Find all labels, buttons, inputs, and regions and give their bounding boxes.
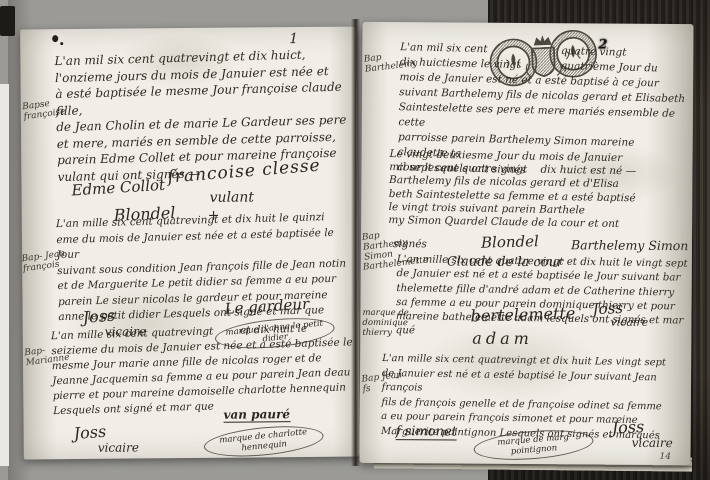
signature: vulant xyxy=(210,189,255,205)
corner-mark: 14 xyxy=(659,452,671,462)
ink-speck xyxy=(52,35,58,42)
baptism-record-francoise: Bapse françoise L'an mil six cent quatre… xyxy=(54,51,355,186)
signature: vicaire xyxy=(632,436,673,450)
signature: van pauré xyxy=(223,407,290,423)
signature: Blondel xyxy=(481,232,539,252)
signature-mark: marque de dominique thierry xyxy=(362,308,434,339)
scanner-edge-strip xyxy=(0,84,9,466)
corner-ink-blot xyxy=(0,6,15,36)
right-page: 2 xyxy=(359,22,693,465)
ink-speck xyxy=(60,42,63,45)
baptism-record-marianne: Bap- Marianne L'an mille six cent quatre… xyxy=(51,327,356,420)
record-line: de Januier est né et a esté baptisé le J… xyxy=(382,366,684,400)
folio-number: 1 xyxy=(289,31,298,47)
signature: Barthelemy Simon xyxy=(571,237,688,253)
signature: vicaire xyxy=(98,440,139,454)
signature: vicaire xyxy=(610,316,648,329)
signature: Joss xyxy=(611,417,644,437)
signature: adam xyxy=(472,329,533,348)
signature-mark-oval: marque de charlotte hennequin xyxy=(203,422,325,461)
signature: signés xyxy=(393,238,427,250)
baptism-record-barthelemette: Barthelemette L'an mille six cent quattr… xyxy=(396,252,691,340)
signature: f simonet xyxy=(396,424,457,440)
baptism-record-jean-francois-genelle: Bap Jean fs L'an mille six cent quatrevi… xyxy=(382,352,685,441)
register-scan: 1 Bapse françoise L'an mil six cent quat… xyxy=(0,0,710,480)
left-page: 1 Bapse françoise L'an mil six cent quat… xyxy=(20,27,360,460)
signature: bertelemette xyxy=(470,304,575,326)
book-gutter xyxy=(351,19,360,466)
baptism-record-jean-francois: Bap- Jean françois L'an mille six cent q… xyxy=(56,215,359,326)
baptism-record-barthelemy-simon: Bap Barthemy Simon Le vingt deuxiesme Jo… xyxy=(389,148,680,229)
